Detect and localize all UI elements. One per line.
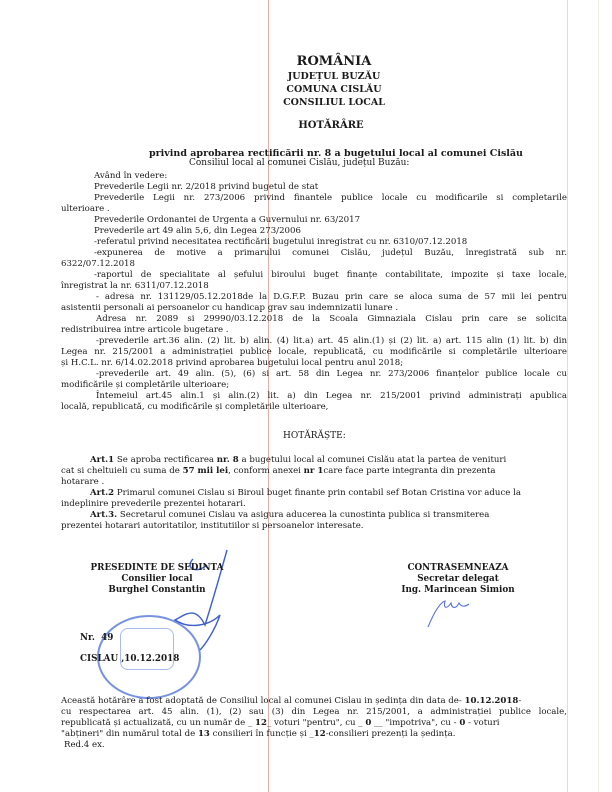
article-1-cont: cat si cheltuieli cu suma de 57 mii lei,… xyxy=(61,466,496,477)
article-1: Art.1 Se aproba rectificarea nr. 8 a bug… xyxy=(90,455,506,466)
consideration-line: -expunerea de motive a primarului comune… xyxy=(94,248,567,259)
consideration-line: modificările și completările ulterioare; xyxy=(61,380,229,391)
consideration-line: - adresa nr. 131129/05.12.2018de la D.G.… xyxy=(96,292,567,303)
vote-counts: republicată și actualizată, cu un număr … xyxy=(61,718,500,729)
signature-right-icon xyxy=(425,595,475,630)
intro-text: Consiliul local al comunei Cislău, județ… xyxy=(189,158,409,169)
copies-note: Red.4 ex. xyxy=(64,740,105,751)
article-2: Art.2 Primarul comunei Cislau si Biroul … xyxy=(90,488,521,499)
document-title: HOTĂRÂRE xyxy=(25,120,612,131)
decides-heading: HOTĂRĂȘTE: xyxy=(283,431,346,442)
consideration-line: Prevederile Legii nr. 2/2018 privind bug… xyxy=(94,182,318,193)
commune-heading: COMUNA CISLĂU xyxy=(28,84,612,95)
article-1-cont: hotarare . xyxy=(61,477,104,488)
consideration-line: -raportul de specialitate al șefului bir… xyxy=(94,270,567,281)
scan-artifact-line xyxy=(598,0,599,792)
consideration-line: -prevederile art.36 alin. (2) lit. b) al… xyxy=(96,336,567,347)
consideration-line: Întemeiul art.45 alin.1 și alin.(2) lit.… xyxy=(96,391,567,402)
scan-artifact-line xyxy=(567,0,568,792)
presiding-signatory: PRESEDINTE DE SEDINTA Consilier local Bu… xyxy=(82,563,232,596)
article-3-cont: prezentei hotarari autoritatilor, instit… xyxy=(61,521,364,532)
consideration-line: locală, republicată, cu modificările și … xyxy=(61,402,328,413)
consideration-line: 6322/07.12.2018 xyxy=(61,259,135,270)
consideration-line: redistribuirea intre articole bugetare . xyxy=(61,325,229,336)
consideration-line: Prevederile Ordonantei de Urgenta a Guve… xyxy=(94,215,360,226)
adoption-statement: Această hotărâre a fost adoptată de Cons… xyxy=(61,696,521,707)
consideration-line: Prevederile art 49 alin 5,6, din Legea 2… xyxy=(94,226,301,237)
document-page: ROMÂNIA JUDEȚUL BUZĂU COMUNA CISLĂU CONS… xyxy=(0,0,612,792)
article-3: Art.3. Secretarul comunei Cislau va asig… xyxy=(90,510,489,521)
consideration-line: Prevederile Legii nr. 273/2006 privind f… xyxy=(94,193,567,204)
countersigning-signatory: CONTRASEMNEAZA Secretar delegat Ing. Mar… xyxy=(388,563,528,596)
councillor-counts: "abțineri" din numărul total de 13 consi… xyxy=(61,729,455,740)
consideration-line: Legea nr. 215/2001 a administrației publ… xyxy=(61,347,567,358)
consideration-line: -referatul privind necesitatea rectifică… xyxy=(94,237,467,248)
consideration-line: Adresa nr. 2089 si 29990/03.12.2018 de l… xyxy=(96,314,567,325)
consideration-line: Având în vedere: xyxy=(94,171,167,182)
consideration-line: -prevederile art. 49 alin. (5), (6) si a… xyxy=(96,369,567,380)
country-heading: ROMÂNIA xyxy=(28,54,612,69)
county-heading: JUDEȚUL BUZĂU xyxy=(28,71,612,82)
adoption-statement: cu respectarea art. 45 alin. (1), (2) sa… xyxy=(61,707,567,718)
consideration-line: asistentii personali ai persoanelor cu h… xyxy=(61,303,398,314)
consideration-line: înregistrat la nr. 6311/07.12.2018 xyxy=(61,281,209,292)
article-2-cont: indeplinire prevederile prezentei hotara… xyxy=(61,499,246,510)
registration-number: Nr. 49 xyxy=(80,633,113,644)
council-heading: CONSILIUL LOCAL xyxy=(28,97,612,108)
consideration-line: ulterioare . xyxy=(61,204,110,215)
registration-place-date: CISLAU ,10.12.2018 xyxy=(80,654,179,665)
signature-left-icon xyxy=(165,545,235,655)
consideration-line: și H.C.L. nr. 6/14.02.2018 privind aprob… xyxy=(61,358,403,369)
